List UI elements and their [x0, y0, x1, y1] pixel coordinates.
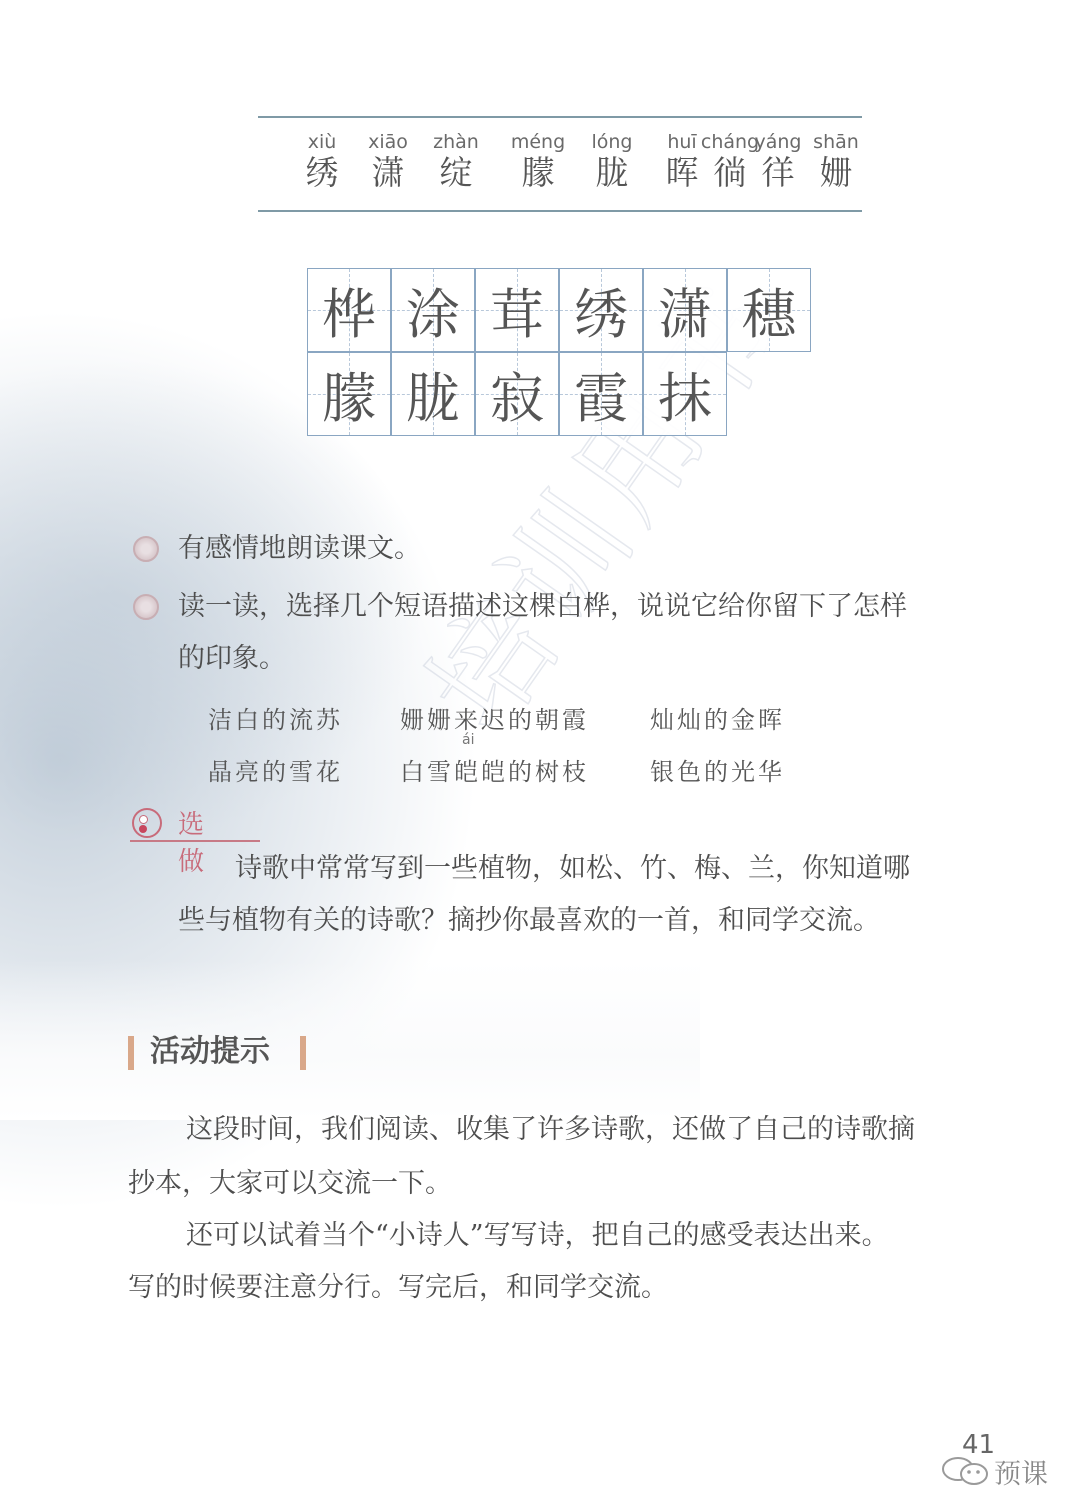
grid-cell: 穗 [727, 268, 811, 352]
grid-cell: 茸 [475, 268, 559, 352]
grid-cell: 胧 [391, 352, 475, 436]
pinyin: shān [796, 130, 876, 154]
hanzi: 姗 [796, 154, 876, 192]
grid-char: 茸 [476, 269, 558, 351]
grid-char: 胧 [392, 353, 474, 435]
phrase: 银色的光华 [650, 752, 785, 787]
exercise-2-line2: 的印象。 [178, 632, 286, 686]
pinyin-word: shān 姗 [796, 130, 876, 192]
grid-char: 寂 [476, 353, 558, 435]
pinyin: lóng [572, 130, 652, 154]
pinyin-vocabulary-box: xiù 绣 xiāo 潇 zhàn 绽 méng 朦 lóng 胧 huī 晖 … [258, 116, 862, 212]
pinyin-word: méng 朦 [498, 130, 578, 192]
grid-cell: 寂 [475, 352, 559, 436]
grid-cell: 抹 [643, 352, 727, 436]
grid-char: 霞 [560, 353, 642, 435]
pinyin-word: zhàn 绽 [416, 130, 496, 192]
phrase: 洁白的流苏 [208, 700, 343, 735]
phrase: 晶亮的雪花 [208, 752, 343, 787]
hanzi: 胧 [572, 154, 652, 192]
grid-char: 桦 [308, 269, 390, 351]
pinyin: zhàn [416, 130, 496, 154]
brand-name: 预课 [994, 1452, 1048, 1487]
grid-char: 潇 [644, 269, 726, 351]
optional-section-header: 选做 [130, 806, 260, 842]
section-title-text: 活动提示 [150, 1030, 270, 1074]
phrase: 灿灿的金晖 [650, 700, 785, 735]
exercise-bullet-icon [133, 536, 159, 562]
exercise-2-line1: 读一读，选择几个短语描述这棵白桦，说说它给你留下了怎样 [178, 580, 907, 634]
title-bar-right [300, 1036, 306, 1070]
grid-cell: 桦 [307, 268, 391, 352]
hanzi: 绽 [416, 154, 496, 192]
optional-text-line2: 些与植物有关的诗歌？摘抄你最喜欢的一首，和同学交流。 [178, 894, 880, 948]
optional-text-line1: 诗歌中常常写到一些植物，如松、竹、梅、兰，你知道哪 [235, 842, 910, 896]
grid-char: 涂 [392, 269, 474, 351]
optional-task-icon [132, 808, 162, 838]
exercise-1: 有感情地朗读课文。 [178, 522, 421, 576]
pinyin-word: lóng 胧 [572, 130, 652, 192]
wechat-icon [940, 1456, 996, 1486]
title-bar-left [128, 1036, 134, 1070]
exercise-bullet-icon [133, 594, 159, 620]
activity-p2-line1: 还可以试着当个“小诗人”写写诗，把自己的感受表达出来。 [186, 1209, 889, 1263]
activity-p1-line2: 抄本，大家可以交流一下。 [128, 1157, 452, 1211]
grid-cell: 霞 [559, 352, 643, 436]
background-fade [0, 960, 700, 1120]
phrase: 姗姗来迟的朝霞 [400, 700, 589, 735]
grid-cell: 绣 [559, 268, 643, 352]
grid-cell: 朦 [307, 352, 391, 436]
grid-cell: 潇 [643, 268, 727, 352]
pinyin: méng [498, 130, 578, 154]
phrase: 白雪皑皑的树枝 [400, 752, 589, 787]
grid-cell: 涂 [391, 268, 475, 352]
grid-char: 朦 [308, 353, 390, 435]
pinyin-annotation: ái [462, 732, 474, 748]
grid-char: 绣 [560, 269, 642, 351]
activity-p2-line2: 写的时候要注意分行。写完后，和同学交流。 [128, 1261, 668, 1315]
activity-p1-line1: 这段时间，我们阅读、收集了许多诗歌，还做了自己的诗歌摘 [186, 1103, 915, 1157]
hanzi: 朦 [498, 154, 578, 192]
grid-char: 穗 [728, 269, 810, 351]
grid-char: 抹 [644, 353, 726, 435]
